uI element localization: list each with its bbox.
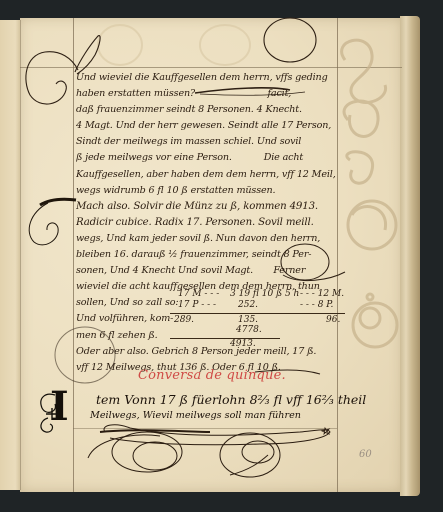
text-line: haben erstatten müssen? facit, [76,86,338,102]
rubric-heading: Conversa de quinque. [138,368,286,383]
text-line: Kauffgesellen, aber haben dem dem herrn,… [76,167,338,183]
calc-row1-right: - - - 12 M. [300,289,344,299]
text-line: Mach also. Solvir die Münz zu ß, kommen … [76,199,338,215]
text-line: Oder aber also. Gebrich 8 Person jeder m… [76,344,338,360]
calc-row3-right: 96. [326,315,340,325]
calc-total: 4913. [230,339,256,349]
calc-row3-left: 289. [174,315,194,325]
text-line: wegs, Und kam jeder sovil ß. Nun davon d… [76,231,338,247]
decorated-initial: I [50,387,80,431]
text-line: men 6 fl zehen ß. [76,328,338,344]
text-line: ß jede meilwegs vor eine Person. Die ach… [76,150,338,166]
calc-sum-line [170,313,345,314]
calc-row3-middle: 135. [238,315,258,325]
item-line-2: Meilwegs, Wievil meilwegs soll man führe… [90,410,301,421]
text-line: Und wieviel die Kauffgesellen dem herrn,… [76,70,338,86]
calc-row1-middle: 3 19 fl 10 ß 5 h [230,289,299,299]
text-line: bleiben 16. darauß ½ frauenzimmer, seind… [76,247,338,263]
text-line: daß frauenzimmer seindt 8 Personen. 4 Kn… [76,102,338,118]
text-line: Sindt der meilwegs im massen schiel. Und… [76,134,338,150]
calc-row1-left: 17 M - - - [178,289,219,299]
calc-row2-middle: 252. [238,300,258,310]
calc-total-line [170,338,280,339]
calc-row4-middle: 4778. [236,325,262,335]
text-line: sonen, Und 4 Knecht Und sovil Magt. Fern… [76,263,338,279]
main-text-block: Und wieviel die Kauffgesellen dem herrn,… [76,70,338,376]
folio-number: 60 [359,449,372,460]
manuscript-scan: Und wieviel die Kauffgesellen dem herrn,… [0,0,443,512]
show-through-flourish [342,40,397,347]
text-line: wegs widrumb 6 fl 10 ß erstatten müssen. [76,183,338,199]
text-line: 4 Magt. Und der herr gewesen. Seindt all… [76,118,338,134]
item-line-1: tem Vonn 17 ß füerlohn 8⅔ fl vff 16⅔ the… [96,392,366,407]
text-line: Radicir cubice. Radix 17. Personen. Sovi… [76,215,338,231]
calc-row2-right: - - - 8 P. [300,300,333,310]
calc-row2-left: 17 P - - - [178,300,216,310]
